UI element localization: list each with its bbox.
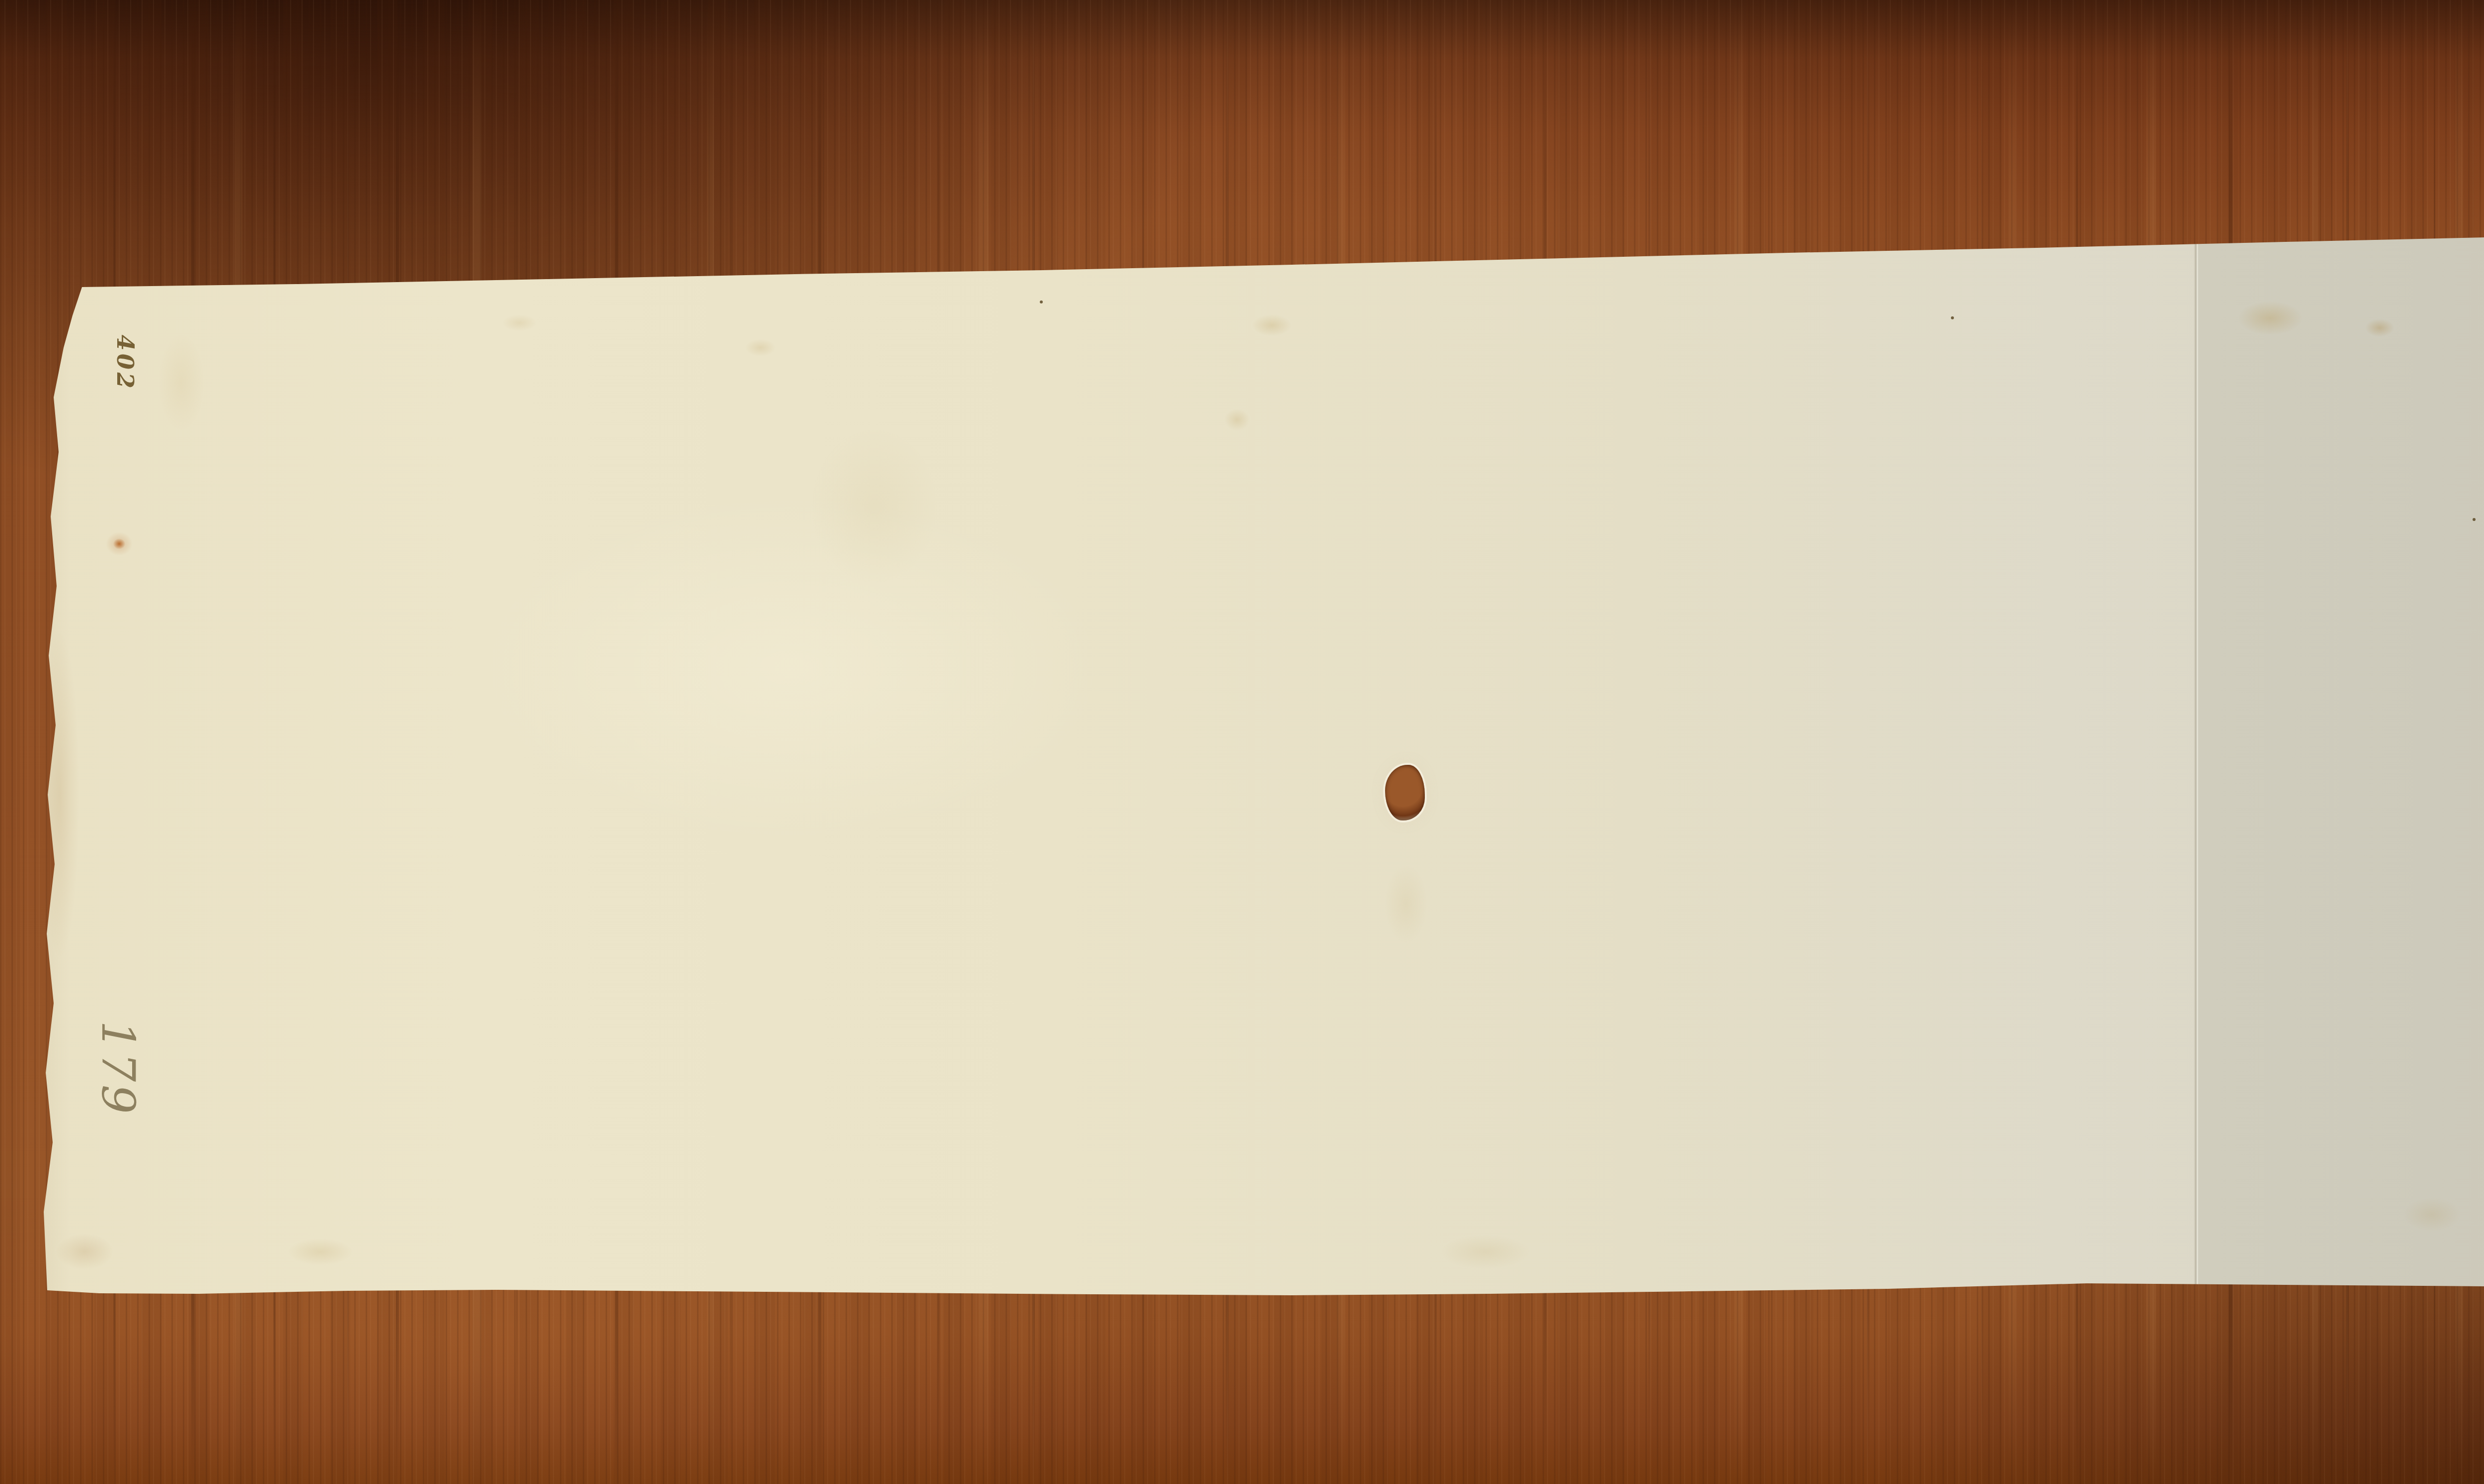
foxing-stain (496, 311, 543, 334)
foxing-stain (2360, 315, 2400, 340)
foxing-stain (1220, 405, 1254, 435)
photo-of-manuscript: 179 402 (0, 0, 2484, 1484)
foxing-stain (101, 527, 138, 560)
folio-number-ink: 402 (105, 330, 145, 397)
foxing-stain (1244, 310, 1299, 340)
foxing-stain (276, 1233, 365, 1270)
foxing-stain (45, 1227, 124, 1276)
ink-spot (1951, 316, 1954, 319)
ink-spot (2473, 518, 2476, 521)
foxing-stain (2392, 1191, 2472, 1238)
foxing-stain (739, 336, 781, 360)
worm-hole (1385, 765, 1425, 820)
foxing-stain (1376, 849, 1436, 959)
folio-number-pencil: 179 (90, 1021, 145, 1100)
foxing-stain (785, 397, 964, 616)
foxing-stain (149, 315, 214, 449)
foxing-stain (2226, 295, 2315, 342)
ink-spot (1040, 300, 1043, 303)
foxing-stain (1423, 1228, 1548, 1275)
